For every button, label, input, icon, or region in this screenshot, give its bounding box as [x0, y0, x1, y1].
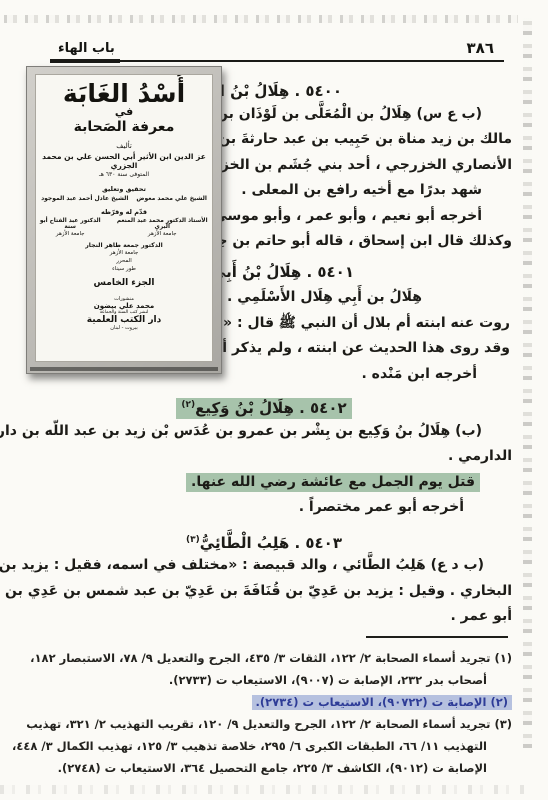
chapter-title: باب الهاء [58, 41, 115, 56]
cover-title: أُسْدُ الغَابَة [63, 80, 185, 107]
entry-heading-text: ٥٤٠٢ . هِلَالُ بْنُ وَكِيع [195, 399, 347, 417]
cover-title-fi: في [115, 105, 133, 118]
ornamental-border-right [523, 18, 532, 748]
cover-subtitle: معرفة الصَحابة [74, 119, 175, 135]
presenter-university: جامعة الأزهر [112, 231, 212, 237]
cover-volume: الجزء الخامس [94, 278, 155, 288]
publisher-city: بيروت - لبنان [110, 325, 138, 331]
cover-taleef-label: تأليف [116, 142, 132, 150]
text-line: الدارمي . [16, 444, 512, 470]
presenter-name: الأستاذ الدكتور محمد عبد المنعم البري [112, 218, 212, 230]
publisher-name: دار الكتب العلمية [87, 315, 161, 325]
green-highlight: ٥٤٠٢ . هِلَالُ بْنُ وَكِيع(٢) [176, 398, 351, 419]
cover-presenter-left: الدكتور عبد الفتاح أبو سنة جامعة الأزهر [36, 218, 104, 237]
page-number: ٣٨٦ [467, 39, 494, 57]
cover-qaddama-label: قدّم له وقرّظه [101, 208, 147, 216]
footnote-line: (٣) تجريد أسماء الصحابة ٢/ ١٢٢، الجرح وا… [16, 713, 512, 735]
cover-editor-right: الشيخ علي محمد معوض [136, 195, 207, 202]
footnote-line: (١) تجريد أسماء الصحابة ٢/ ١٢٢، الثقات ٣… [16, 647, 512, 669]
book-cover-page: أُسْدُ الغَابَة في معرفة الصَحابة تأليف … [35, 74, 213, 362]
ornamental-border-top [4, 15, 518, 23]
entry-5402-heading: ٥٤٠٢ . هِلَالُ بْنُ وَكِيع(٢) [16, 393, 512, 419]
book-cover-overlay: أُسْدُ الغَابَة في معرفة الصَحابة تأليف … [26, 66, 222, 374]
text-line: البخاري . وقيل : يزيد بن عَدِيّ بن قُنَا… [16, 579, 512, 605]
footnote-separator [366, 636, 508, 638]
presenter-university: جامعة الأزهر [110, 250, 139, 256]
footnote-line: التهذيب ١١/ ٦٦، الطبقات الكبرى ٦/ ٢٩٥، خ… [16, 735, 512, 757]
green-highlight: قتل يوم الجمل مع عائشة رضي الله عنها. [186, 473, 480, 492]
cover-presenters-row: الأستاذ الدكتور محمد عبد المنعم البري جا… [36, 218, 212, 237]
text-line: (ب) هِلَالُ بنُ وَكِيع بن بِشْر بن عمرو … [16, 419, 512, 445]
cover-presenter-third: الدكتور جمعة طاهر النجار [85, 242, 163, 249]
cover-author-death: المتوفى سنة ٦٣٠ هـ [99, 171, 149, 178]
presenter-name: الدكتور عبد الفتاح أبو سنة [36, 218, 104, 230]
entry-heading-text: ٥٤٠٣ . هَلِبُ الْطَّائِيُّ [200, 534, 342, 552]
footnote-marker: (٢) [181, 400, 195, 410]
text-line: (ب د ع) هَلِبُ الطَّائي ، والد قبيصة : «… [16, 553, 512, 579]
footnote-line: الإصابة ت (٩٠١٢)، الكاشف ٣/ ٢٢٥، جامع ال… [16, 757, 512, 779]
text-line: أخرجه أبو عمر مختصراً . [16, 495, 512, 521]
footnote-marker: (٣) [186, 535, 200, 545]
cover-small-line: المحرر [116, 258, 132, 264]
cover-tahqiq-label: تحقيق وتعليق [102, 185, 146, 193]
footnote-line: أصحاب بدر ٢٣٢، الإصابة ت (٩٠٠٧)، الاستيع… [16, 669, 512, 691]
cover-small-line: طور سيناء [112, 266, 136, 272]
cover-editors-row: الشيخ علي محمد معوض الشيخ عادل أحمد عبد … [41, 195, 207, 202]
book-page-scan: باب الهاء ٣٨٦ ٥٤٠٠ . هِلَالُ بْنُ الْمُع… [0, 0, 548, 800]
text-line-highlighted: قتل يوم الجمل مع عائشة رضي الله عنها. [16, 470, 512, 496]
footnote-line-highlighted: (٢) الإصابة ت (٩٠٧٢٢)، الاستيعاب ت (٢٧٣٤… [16, 691, 512, 713]
header-rule-accent [50, 59, 120, 63]
blue-highlight: (٢) الإصابة ت (٩٠٧٢٢)، الاستيعاب ت (٢٧٣٤… [252, 695, 512, 710]
publisher-name-person: محمد علي بيضون [94, 302, 154, 310]
presenter-university: جامعة الأزهر [36, 231, 104, 237]
cover-editor-left: الشيخ عادل أحمد عبد الموجود [41, 195, 128, 202]
entry-5403-heading: ٥٤٠٣ . هَلِبُ الْطَّائِيُّ(٣) [16, 528, 512, 554]
ornamental-border-bottom [0, 785, 524, 794]
cover-author: عز الدين ابن الأثير أبي الحسن علي بن محم… [36, 152, 212, 170]
text-line: أبو عمر . [16, 604, 512, 630]
cover-presenter-right: الأستاذ الدكتور محمد عبد المنعم البري جا… [112, 218, 212, 237]
